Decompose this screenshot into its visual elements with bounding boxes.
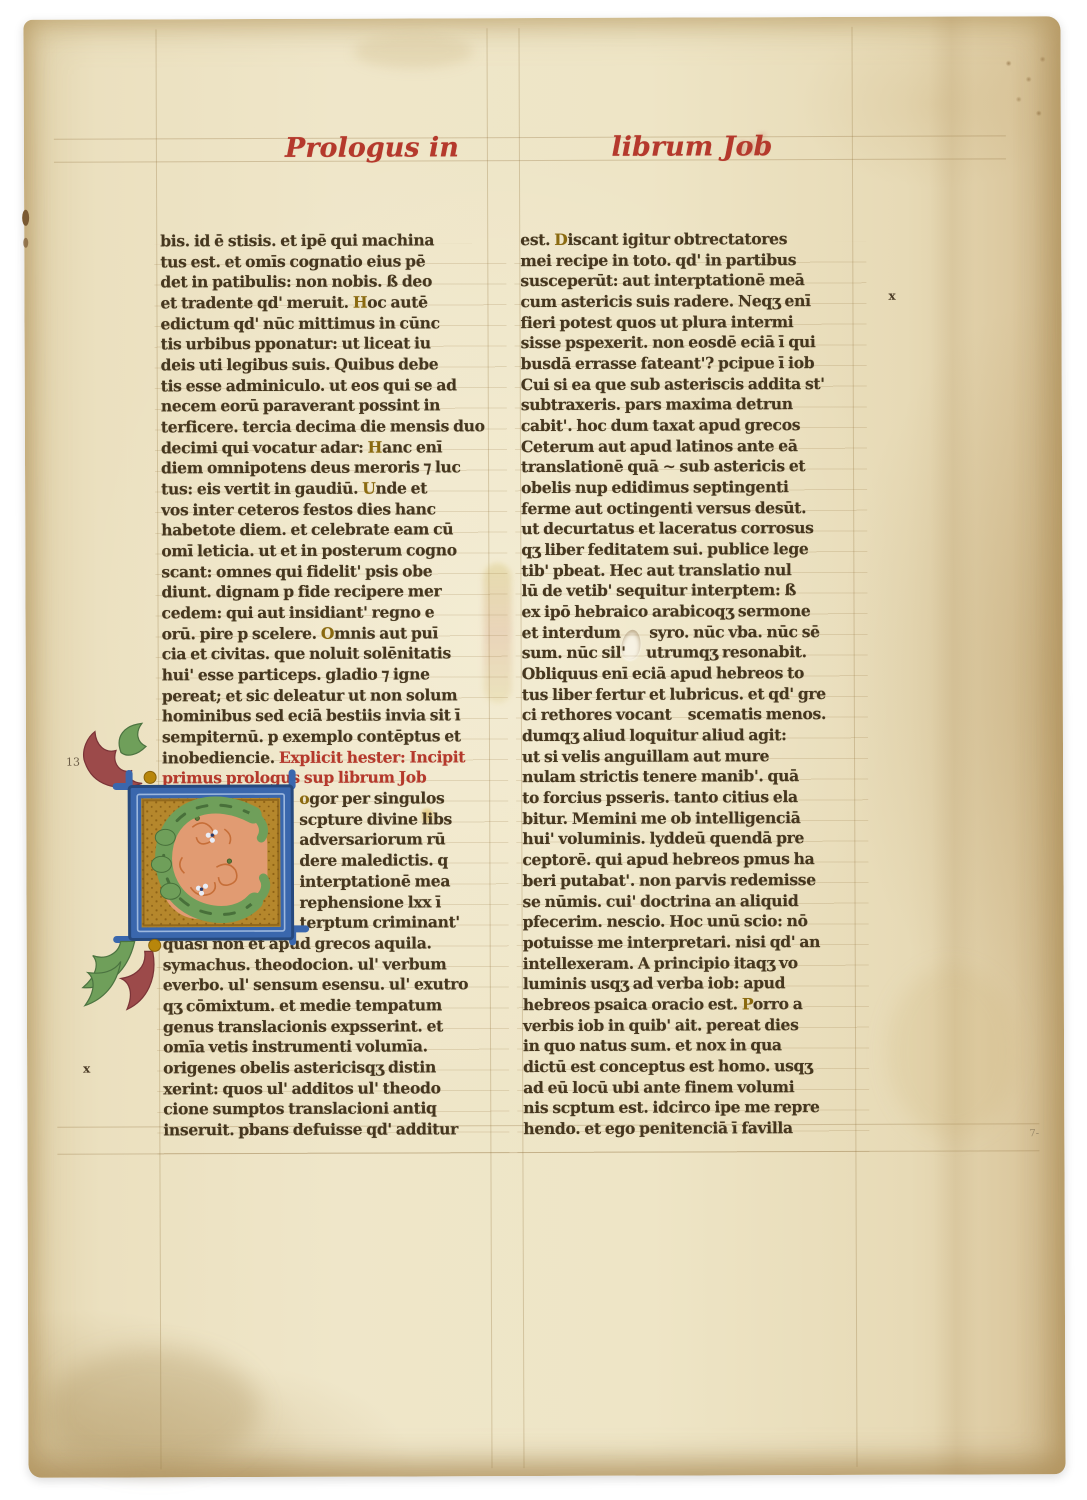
text-line: obelis nup edidimus septingenti: [521, 477, 859, 499]
text-line: necem eorū paraverant possint in: [161, 396, 499, 418]
ruling-horizontal-line: [54, 135, 1006, 139]
text-segment: ut si velis anguillam aut mure: [522, 746, 769, 766]
text-segment: tib' pbeat. Hec aut translatio nul: [521, 560, 791, 580]
text-line: ci rethores vocant scematis menos.: [522, 704, 860, 726]
text-line: scant: omnes qui fidelit' psis obe: [161, 561, 499, 583]
text-segment: vos inter ceteros festos dies hanc: [161, 499, 436, 519]
text-line: busdā errasse fateant'? pcipue ī iob: [521, 353, 859, 375]
text-line: translationē quā ~ sub astericis et: [521, 456, 859, 478]
text-segment: intellexeram. A principio itaqʒ vo: [523, 953, 798, 973]
text-line: ex ipō hebraico arabicoqʒ sermone: [521, 601, 859, 623]
text-line: tus liber fertur et lubricus. et qd' gre: [522, 684, 860, 706]
text-line: Cui si ea que sub asteriscis addita st': [521, 374, 859, 396]
text-segment: interptationē mea: [299, 871, 450, 891]
text-segment: hendo. et ego penitenciā ī favilla: [523, 1118, 792, 1138]
manuscript-leaf: Prologus in librum Job uī 13 x x 7- bis.…: [23, 16, 1065, 1478]
text-segment: qʒ liber feditatem sui. publice lege: [521, 539, 808, 559]
text-segment: translationē quā ~ sub astericis et: [521, 456, 805, 476]
right-text-column: est. Discant igitur obtrectatoresmei rec…: [520, 229, 861, 1142]
text-line: ad eū locū ubi ante finem volumi: [523, 1076, 861, 1098]
text-line: fieri potest quos ut plura intermi: [520, 312, 858, 334]
text-line: potuisse me interpretari. nisi qd' an: [523, 932, 861, 954]
text-line: mei recipe in toto. qd' in partibus: [520, 250, 858, 272]
text-segment: dere maledictis. q: [299, 850, 448, 870]
text-segment: busdā errasse fateant'? pcipue ī iob: [521, 353, 815, 373]
text-segment: xerint: quos ul' additos ul' theodo: [163, 1078, 441, 1098]
text-line: xerint: quos ul' additos ul' theodo: [163, 1078, 501, 1100]
text-line: et tradente qd' meruit. Hoc autē: [160, 292, 498, 314]
text-segment: ci rethores vocant scematis menos.: [522, 704, 826, 724]
edge-chip: [22, 210, 29, 226]
text-segment: rephensione lxx ī: [300, 892, 441, 911]
parchment-crease: [928, 16, 979, 1474]
text-line: ogor per singulos: [299, 788, 500, 809]
text-segment: O: [321, 623, 334, 642]
text-line: sisse pspexerit. non eosdē eciā ī qui: [521, 332, 859, 354]
text-line: ut si velis anguillam aut mure: [522, 746, 860, 768]
text-segment: cedem: qui aut insidiant' regno e: [161, 602, 434, 622]
text-segment: diem omnipotens deus meroris ⁊ luc: [161, 458, 461, 478]
text-line: tib' pbeat. Hec aut translatio nul: [521, 560, 859, 582]
text-segment: ceptorē. qui apud hebreos pmus ha: [522, 849, 814, 869]
text-line: cia et civitas. que noluit solēnitatis: [162, 644, 500, 666]
text-segment: et tradente qd' meruit.: [160, 293, 352, 313]
text-segment: obelis nup edidimus septingenti: [521, 477, 788, 497]
text-segment: nis scptum est. idcirco ipe me repre: [523, 1097, 819, 1117]
text-segment: habetote diem. et celebrate eam cū: [161, 520, 453, 540]
margin-x-mark-left: x: [83, 1062, 90, 1076]
text-segment: diunt. dignam p fide recipere mer: [161, 582, 441, 602]
text-segment: orū. pire p scelere.: [162, 624, 321, 644]
text-segment: tus liber fertur et lubricus. et qd' gre: [522, 684, 826, 704]
text-segment: in quo natus sum. et nox in qua: [523, 1035, 782, 1055]
parchment-freckles: [999, 51, 1054, 131]
text-line: intellexeram. A principio itaqʒ vo: [523, 952, 861, 974]
text-line: rephensione lxx ī: [300, 892, 501, 913]
text-segment: mei recipe in toto. qd' in partibus: [520, 250, 796, 270]
text-line: verbis iob in quib' ait. pereat dies: [523, 1014, 861, 1036]
text-line: se nūmis. cui' doctrina an aliquid: [523, 890, 861, 912]
text-segment: pfecerim. nescio. Hoc unū scio: nō: [523, 911, 808, 931]
text-segment: mnis aut puī: [334, 623, 438, 642]
text-line: nis scptum est. idcirco ipe me repre: [523, 1097, 861, 1119]
text-segment: anc enī: [382, 437, 442, 456]
text-segment: dictū est conceptus est homo. usqʒ: [523, 1056, 813, 1076]
text-line: pfecerim. nescio. Hoc unū scio: nō: [523, 911, 861, 933]
text-segment: potuisse me interpretari. nisi qd' an: [523, 932, 820, 952]
text-segment: et interdum syro. nūc vba. nūc sē: [522, 622, 820, 642]
text-line: hebreos psaica oracio est. Porro a: [523, 994, 861, 1016]
text-segment: Ceterum aut apud latinos ante eā: [521, 436, 798, 456]
text-line: ut decurtatus et laceratus corrosus: [521, 518, 859, 540]
text-segment: sisse pspexerit. non eosdē eciā ī qui: [521, 332, 816, 352]
text-line: dictū est conceptus est homo. usqʒ: [523, 1056, 861, 1078]
ruling-horizontal-line: [54, 158, 1006, 162]
text-line: subtraxeris. pars maxima detrun: [521, 394, 859, 416]
text-line: terptum criminant': [300, 912, 501, 933]
text-line: deis uti legibus suis. Quibus debe: [161, 354, 499, 376]
text-line: ferme aut octingenti versus desūt.: [521, 498, 859, 520]
text-line: tis urbibus pponatur: ut liceat iu: [161, 334, 499, 356]
edge-chip: [23, 238, 28, 248]
text-segment: terptum criminant': [300, 912, 460, 932]
text-line: scpture divine libs: [299, 809, 500, 830]
text-segment: dumqʒ aliud loquitur aliud agit:: [522, 725, 787, 745]
quire-mark: 7-: [1029, 1128, 1039, 1139]
text-segment: ad eū locū ubi ante finem volumi: [523, 1077, 794, 1097]
text-line: Obliquus enī eciā apud hebreos to: [522, 663, 860, 685]
text-segment: to forcius psseris. tanto citius ela: [522, 787, 798, 807]
text-segment: tus: eis vertit in gaudiū.: [161, 479, 362, 499]
text-line: susceperūt: aut interptationē meā: [520, 270, 858, 292]
text-line: hendo. et ego penitenciā ī favilla: [523, 1118, 861, 1140]
text-line: et interdum syro. nūc vba. nūc sē: [522, 622, 860, 644]
text-line: det in patibulis: non nobis. ß deo: [160, 272, 498, 294]
text-line: lū de vetib' sequitur interptem: ß: [521, 580, 859, 602]
stain: [354, 34, 474, 68]
text-segment: cia et civitas. que noluit solēnitatis: [162, 644, 451, 664]
text-segment: hebreos psaica oracio est.: [523, 994, 742, 1014]
text-line: edictum qd' nūc mittimus in cūnc: [160, 313, 498, 335]
text-line: cum astericis suis radere. Neqʒ enī: [520, 291, 858, 313]
text-line: in quo natus sum. et nox in qua: [523, 1035, 861, 1057]
text-segment: cum astericis suis radere. Neqʒ enī: [520, 291, 810, 311]
text-line: ceptorē. qui apud hebreos pmus ha: [522, 849, 860, 871]
illuminated-initial-C: [64, 719, 315, 1050]
stain: [887, 966, 1018, 1136]
text-segment: deis uti legibus suis. Quibus debe: [161, 354, 439, 374]
text-segment: tis urbibus pponatur: ut liceat iu: [161, 334, 431, 354]
foliate-ornament-top: [83, 723, 156, 787]
text-segment: hui' esse particeps. gladio ⁊ igne: [162, 665, 430, 685]
text-segment: est.: [520, 230, 554, 249]
text-line: vos inter ceteros festos dies hanc: [161, 499, 499, 521]
text-segment: det in patibulis: non nobis. ß deo: [160, 272, 432, 292]
text-segment: bis. id ē stisis. et ipē qui machina: [160, 230, 434, 250]
text-line: nulam strictis tenere manib'. quā: [522, 766, 860, 788]
text-segment: H: [353, 293, 367, 312]
margin-x-mark-right: x: [888, 289, 895, 303]
text-line: cedem: qui aut insidiant' regno e: [161, 602, 499, 624]
foliate-ornament-bottom: [83, 939, 161, 1009]
text-line: decimi qui vocatur adar: Hanc enī: [161, 437, 499, 459]
text-segment: cabit'. hoc dum taxat apud grecos: [521, 415, 800, 435]
text-line: bis. id ē stisis. et ipē qui machina: [160, 230, 498, 252]
text-line: diunt. dignam p fide recipere mer: [161, 582, 499, 604]
text-segment: D: [554, 230, 567, 249]
text-segment: tis esse adminiculo. ut eos qui se ad: [161, 375, 457, 395]
text-line: sum. nūc sil' utrumqʒ resonabit.: [522, 642, 860, 664]
text-segment: omī leticia. ut et in posterum cogno: [161, 540, 457, 560]
text-segment: lū de vetib' sequitur interptem: ß: [521, 581, 796, 601]
text-segment: orro a: [753, 994, 803, 1013]
text-segment: Cui si ea que sub asteriscis addita st': [521, 374, 825, 394]
text-line: tis esse adminiculo. ut eos qui se ad: [161, 375, 499, 397]
text-segment: scant: omnes qui fidelit' psis obe: [161, 561, 432, 581]
text-line: dumqʒ aliud loquitur aliud agit:: [522, 725, 860, 747]
running-header-left: Prologus in: [252, 132, 492, 175]
text-line: beri putabat'. non parvis redemisse: [522, 870, 860, 892]
text-line: bitur. Memini me ob intelligenciā: [522, 808, 860, 830]
text-segment: P: [742, 994, 753, 1013]
text-line: diem omnipotens deus meroris ⁊ luc: [161, 458, 499, 480]
text-segment: U: [362, 479, 375, 498]
text-segment: scpture divine libs: [299, 809, 452, 829]
text-segment: ut decurtatus et laceratus corrosus: [521, 518, 813, 538]
text-line: luminis usqʒ ad verba iob: apud: [523, 973, 861, 995]
text-line: inseruit. pbans defuisse qd' additur: [163, 1119, 501, 1141]
text-line: hui' voluminis. lyddeū quendā pre: [522, 828, 860, 850]
text-segment: luminis usqʒ ad verba iob: apud: [523, 973, 785, 993]
text-segment: terficere. tercia decima die mensis duo: [161, 416, 485, 436]
text-line: qʒ liber feditatem sui. publice lege: [521, 539, 859, 561]
header-show-through: uī: [737, 127, 859, 176]
text-line: orū. pire p scelere. Omnis aut puī: [162, 623, 500, 645]
text-line: cabit'. hoc dum taxat apud grecos: [521, 415, 859, 437]
text-line: to forcius psseris. tanto citius ela: [522, 787, 860, 809]
text-segment: nulam strictis tenere manib'. quā: [522, 767, 799, 787]
text-line: origenes obelis astericisqʒ distin: [163, 1057, 501, 1079]
text-segment: Obliquus enī eciā apud hebreos to: [522, 663, 804, 683]
text-segment: bitur. Memini me ob intelligenciā: [522, 808, 800, 828]
text-segment: tus est. et omīs cognatio eius pē: [160, 251, 425, 271]
text-segment: beri putabat'. non parvis redemisse: [522, 870, 815, 890]
text-segment: adversariorum rū: [299, 830, 445, 850]
text-line: est. Discant igitur obtrectatores: [520, 229, 858, 251]
text-line: adversariorum rū: [299, 830, 500, 851]
text-segment: ex ipō hebraico arabicoqʒ sermone: [521, 601, 810, 621]
text-line: pereat; et sic deleatur ut non solum: [162, 685, 500, 707]
text-segment: ferme aut octingenti versus desūt.: [521, 498, 806, 518]
text-line: hui' esse particeps. gladio ⁊ igne: [162, 664, 500, 686]
text-segment: inseruit. pbans defuisse qd' additur: [163, 1119, 458, 1139]
text-line: omī leticia. ut et in posterum cogno: [161, 540, 499, 562]
text-segment: decimi qui vocatur adar:: [161, 437, 368, 457]
text-segment: gor per singulos: [309, 788, 444, 807]
text-segment: edictum qd' nūc mittimus in cūnc: [160, 313, 439, 333]
text-segment: necem eorū paraverant possint in: [161, 396, 440, 416]
text-segment: cione sumptos translacioni antiq: [163, 1099, 436, 1119]
text-line: tus: eis vertit in gaudiū. Unde et: [161, 478, 499, 500]
text-segment: se nūmis. cui' doctrina an aliquid: [523, 891, 799, 911]
text-line: dere maledictis. q: [299, 850, 500, 871]
text-segment: verbis iob in quib' ait. pereat dies: [523, 1015, 799, 1035]
text-segment: fieri potest quos ut plura intermi: [520, 312, 793, 332]
text-segment: iscant igitur obtrectatores: [567, 229, 787, 249]
text-segment: hui' voluminis. lyddeū quendā pre: [522, 829, 804, 849]
text-segment: subtraxeris. pars maxima detrun: [521, 395, 793, 415]
text-line: interptationē mea: [299, 871, 500, 892]
text-line: Ceterum aut apud latinos ante eā: [521, 436, 859, 458]
text-segment: oc autē: [367, 292, 428, 311]
text-segment: origenes obelis astericisqʒ distin: [163, 1057, 436, 1077]
stain: [48, 1349, 258, 1470]
text-line: terficere. tercia decima die mensis duo: [161, 416, 499, 438]
text-line: tus est. et omīs cognatio eius pē: [160, 251, 498, 273]
text-line: cione sumptos translacioni antiq: [163, 1098, 501, 1120]
text-line: habetote diem. et celebrate eam cū: [161, 520, 499, 542]
text-segment: sum. nūc sil' utrumqʒ resonabit.: [522, 643, 807, 663]
text-segment: susceperūt: aut interptationē meā: [520, 270, 804, 290]
text-segment: pereat; et sic deleatur ut non solum: [162, 685, 457, 705]
text-segment: nde et: [375, 478, 427, 497]
text-segment: H: [368, 437, 382, 456]
